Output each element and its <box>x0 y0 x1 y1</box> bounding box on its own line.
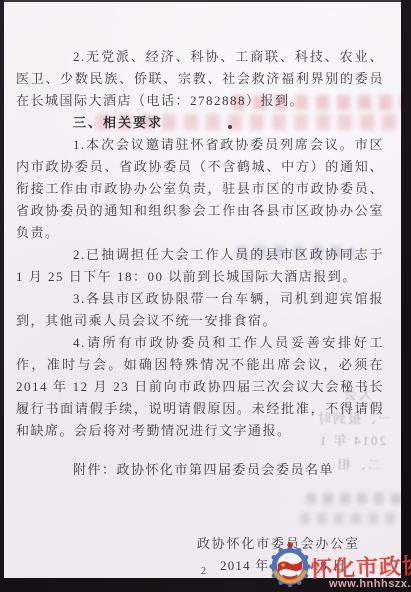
paragraph-invited-members: 1.本次会议邀请驻怀省政协委员列席会议。市区内市政协委员、省政协委员（不含鹤城、… <box>16 134 384 244</box>
section-heading-requirements: 三、相关要求 <box>16 112 384 134</box>
cppcc-emblem-icon <box>267 540 313 590</box>
photo-edge-top <box>0 0 411 2</box>
paragraph-vehicle-limit: 3.各县市区政协限带一台车辆，司机到迎宾馆报到，其他司乘人员会议不统一安排食宿。 <box>16 288 384 332</box>
photo-edge-right <box>401 0 411 592</box>
scanned-document-photo: 大会 一、报到时 2014 年 1 二、相 2.无党派、经济、科协、工商联、科技… <box>0 0 411 592</box>
attachment-line: 附件：政协怀化市第四届委员会委员名单 <box>16 459 384 481</box>
photo-edge-left <box>0 0 4 592</box>
document-body: 2.无党派、经济、科协、工商联、科技、农业、医卫、少数民族、侨联、宗教、社会救济… <box>16 46 384 577</box>
paragraph-staff-checkin: 2.已抽调担任大会工作人员的县市区政协同志于 1 月 25 日下午 18：00 … <box>16 244 384 288</box>
paragraph-leave-procedure: 4.请所有市政协委员和工作人员妥善安排好工作，准时与会。如确因特殊情况不能出席会… <box>16 332 384 442</box>
watermark-site-url: www.hnhhszx.com <box>329 578 411 590</box>
page-number: 2 <box>201 566 206 577</box>
paragraph-registration-groups: 2.无党派、经济、科协、工商联、科技、农业、医卫、少数民族、侨联、宗教、社会救济… <box>16 46 384 112</box>
